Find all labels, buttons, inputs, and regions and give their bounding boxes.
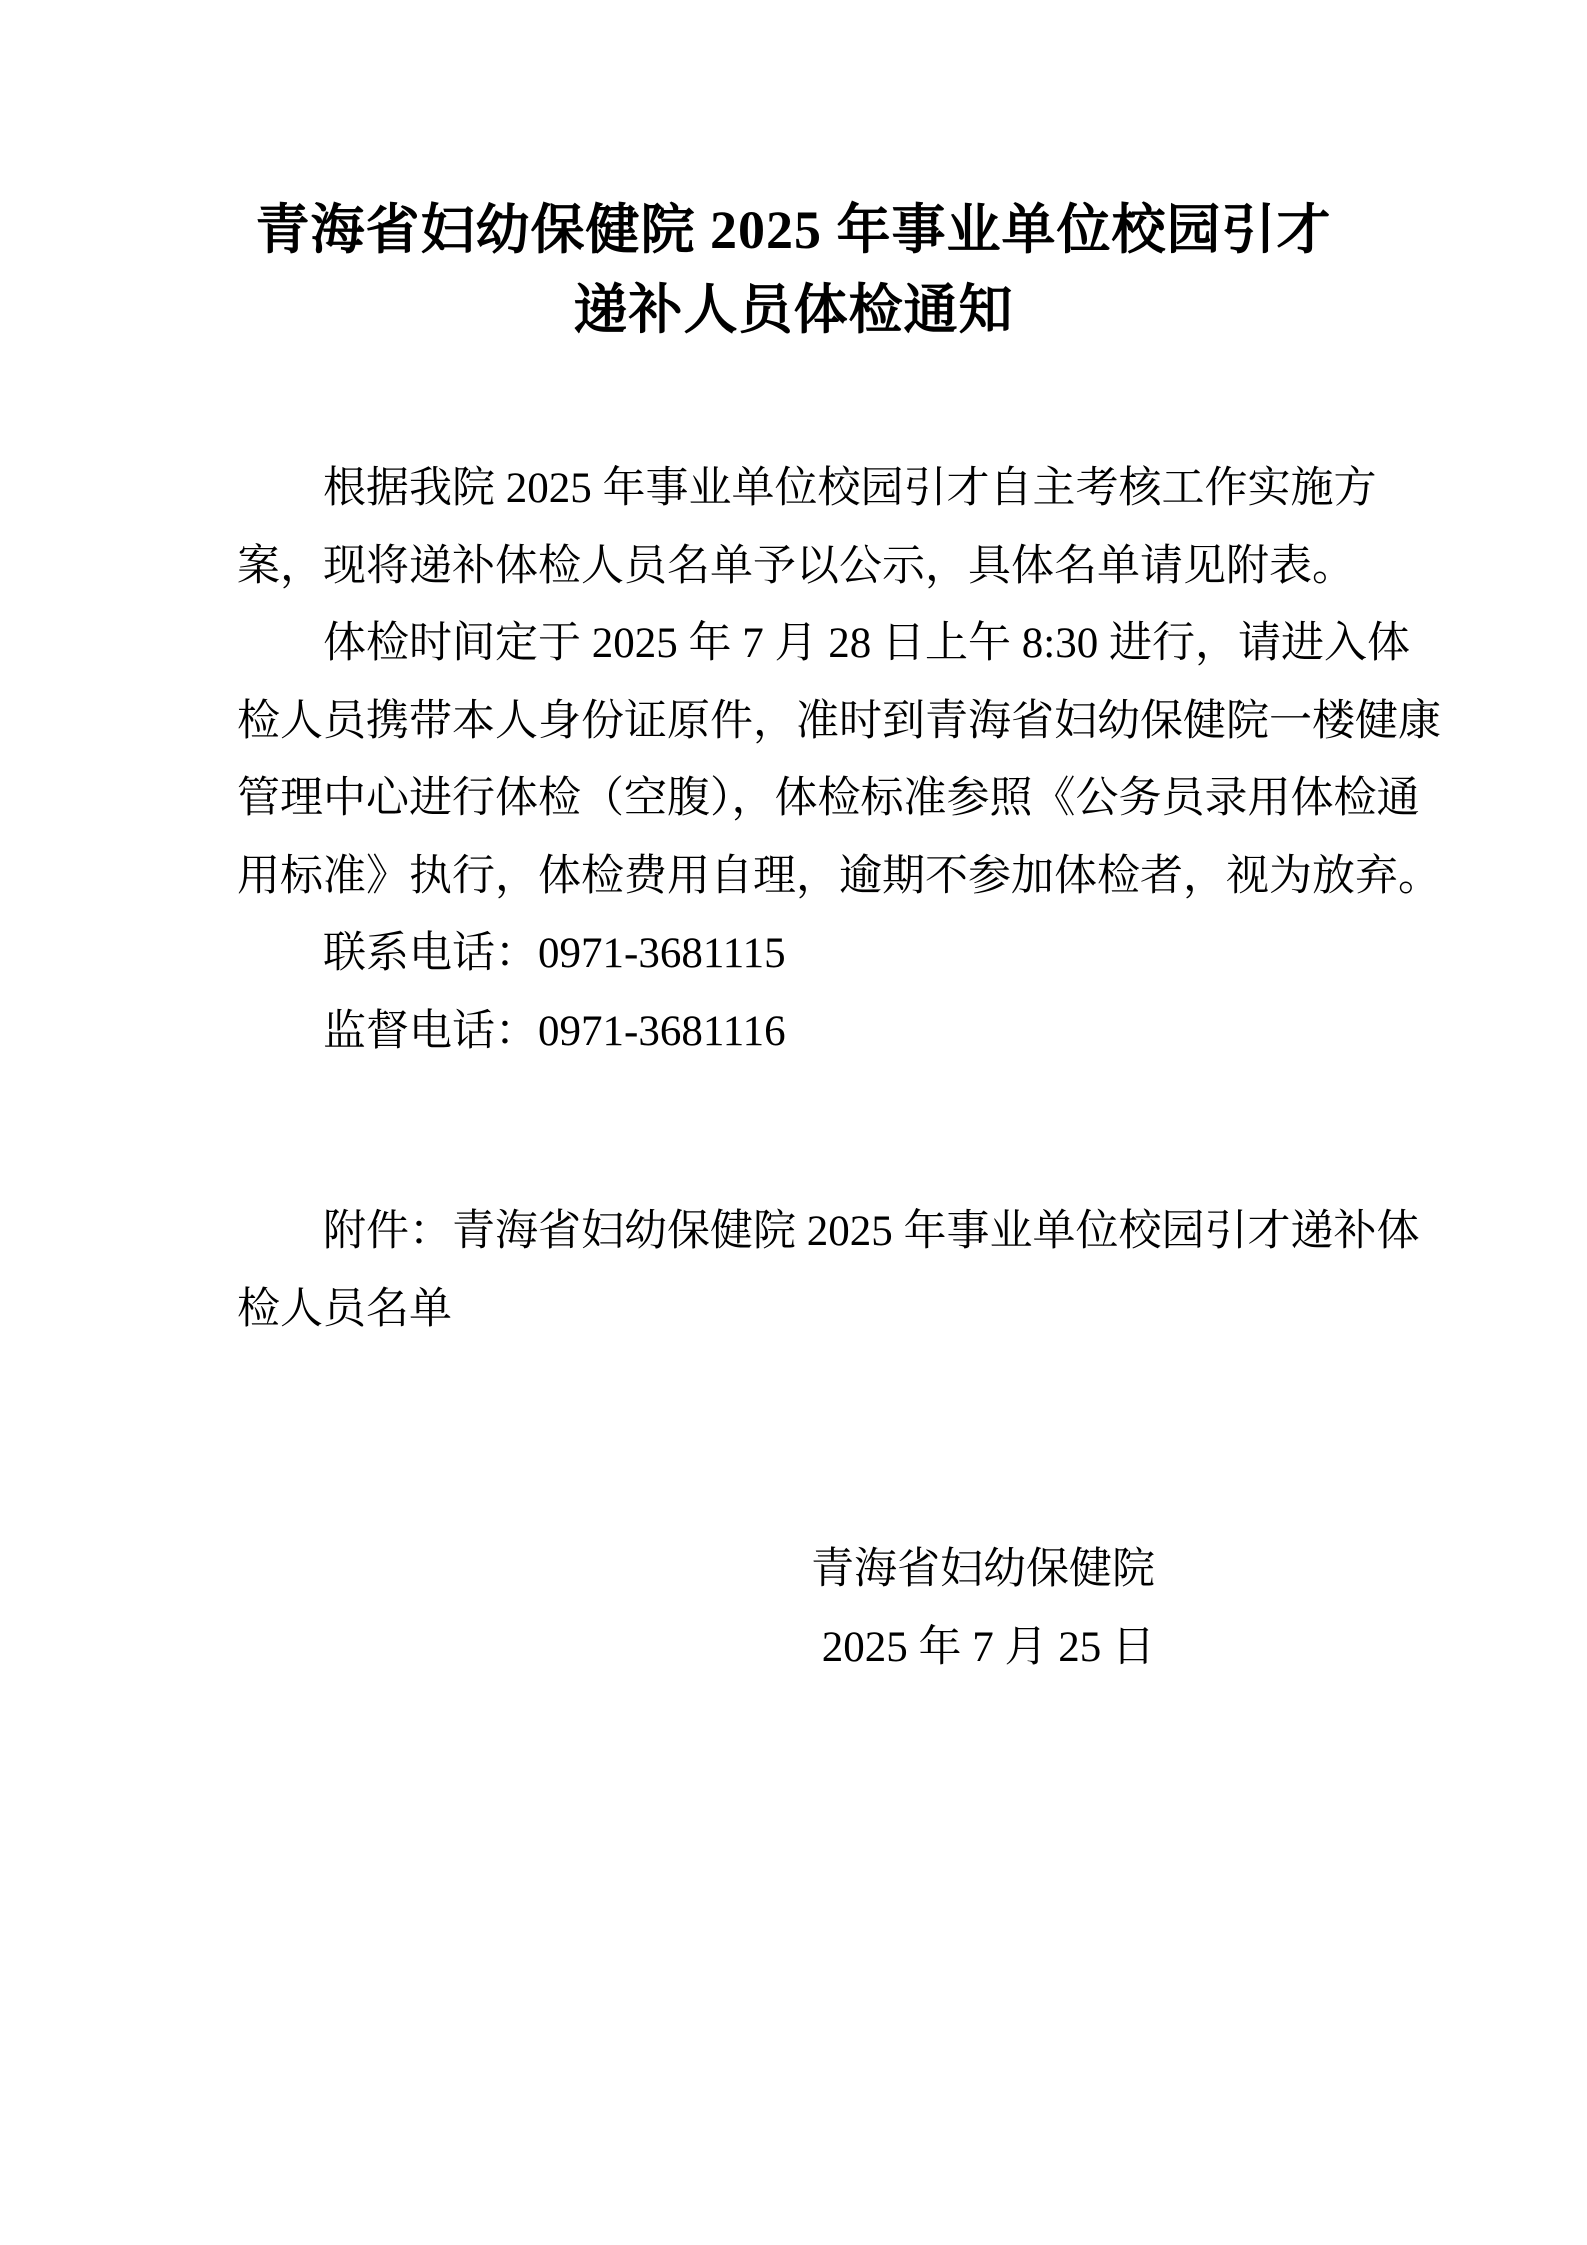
signature-organization: 青海省妇幼保健院 [237, 1531, 1155, 1609]
paragraph-2-line-2: 检人员携带本人身份证原件，准时到青海省妇幼保健院一楼健康 [237, 683, 1350, 761]
signature-block: 青海省妇幼保健院 2025 年 7 月 25 日 [237, 1531, 1155, 1686]
attachment-line-2: 检人员名单 [237, 1271, 1350, 1349]
document-title-line-2: 递补人员体检通知 [237, 270, 1350, 350]
paragraph-2: 体检时间定于 2025 年 7 月 28 日上午 8:30 进行，请进入体 检人… [237, 605, 1350, 915]
contact-block: 联系电话：0971-3681115 监督电话：0971-3681116 [237, 915, 1350, 1070]
signature-date: 2025 年 7 月 25 日 [237, 1609, 1155, 1687]
contact-phone-line: 联系电话：0971-3681115 [237, 915, 1350, 993]
attachment-line-1: 附件：青海省妇幼保健院 2025 年事业单位校园引才递补体 [237, 1193, 1350, 1271]
document-content: 青海省妇幼保健院 2025 年事业单位校园引才 递补人员体检通知 根据我院 20… [0, 190, 1587, 1686]
paragraph-2-line-1: 体检时间定于 2025 年 7 月 28 日上午 8:30 进行，请进入体 [237, 605, 1350, 683]
document-page: 青海省妇幼保健院 2025 年事业单位校园引才 递补人员体检通知 根据我院 20… [0, 0, 1587, 2245]
paragraph-2-line-3: 管理中心进行体检（空腹），体检标准参照《公务员录用体检通 [237, 760, 1350, 838]
paragraph-1-line-2: 案，现将递补体检人员名单予以公示，具体名单请见附表。 [237, 528, 1350, 606]
paragraph-1: 根据我院 2025 年事业单位校园引才自主考核工作实施方 案，现将递补体检人员名… [237, 450, 1350, 605]
paragraph-2-line-4: 用标准》执行，体检费用自理，逾期不参加体检者，视为放弃。 [237, 838, 1350, 916]
supervision-phone-line: 监督电话：0971-3681116 [237, 993, 1350, 1071]
paragraph-1-line-1: 根据我院 2025 年事业单位校园引才自主考核工作实施方 [237, 450, 1350, 528]
document-title: 青海省妇幼保健院 2025 年事业单位校园引才 递补人员体检通知 [237, 190, 1350, 350]
document-title-line-1: 青海省妇幼保健院 2025 年事业单位校园引才 [237, 190, 1350, 270]
attachment-block: 附件：青海省妇幼保健院 2025 年事业单位校园引才递补体 检人员名单 [237, 1193, 1350, 1348]
